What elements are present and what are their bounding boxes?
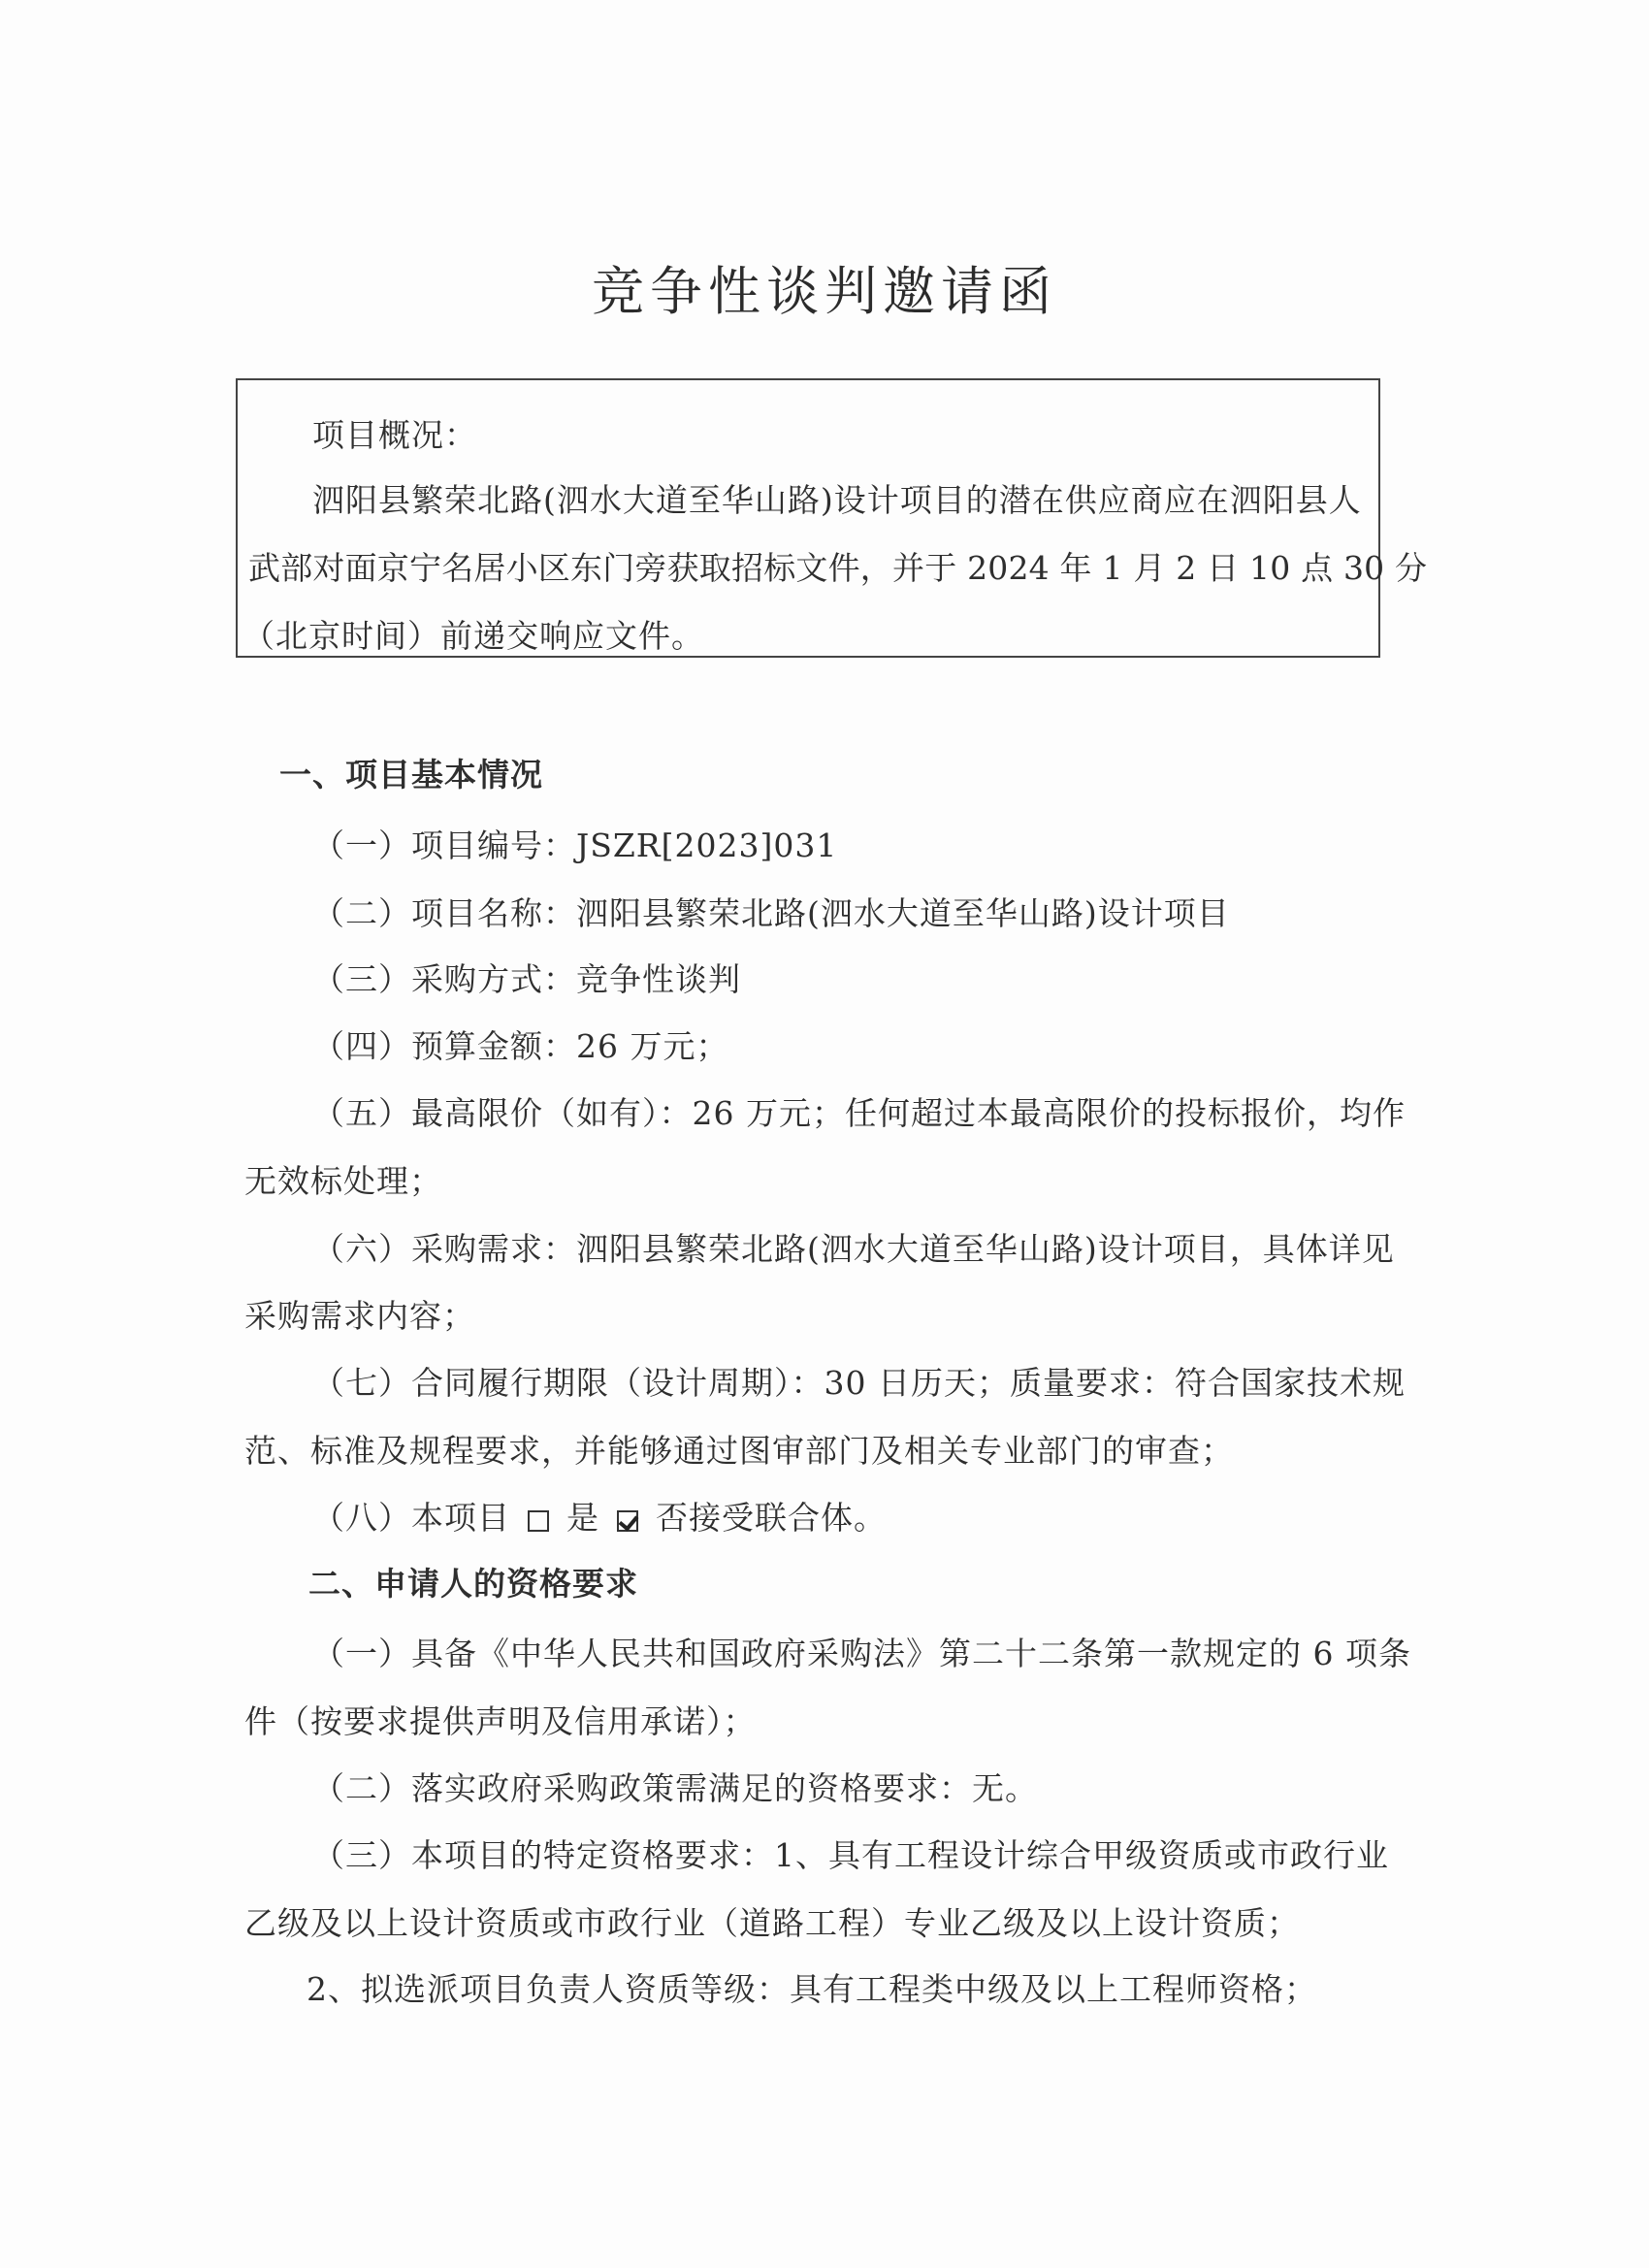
qualification-1-line-1: （一）具备《中华人民共和国政府采购法》第二十二条第一款规定的 6 项条 bbox=[312, 1629, 1411, 1674]
item-project-name: （二）项目名称：泗阳县繁荣北路(泗水大道至华山路)设计项目 bbox=[312, 889, 1230, 934]
qualification-2: （二）落实政府采购政策需满足的资格要求：无。 bbox=[312, 1764, 1038, 1809]
qualification-3-item-2: 2、拟选派项目负责人资质等级：具有工程类中级及以上工程师资格； bbox=[307, 1964, 1317, 2010]
item-procurement-method: （三）采购方式：竞争性谈判 bbox=[312, 955, 741, 1000]
item-contract-period-line-2: 范、标准及规程要求，并能够通过图审部门及相关专业部门的审查； bbox=[244, 1426, 1234, 1472]
overview-heading: 项目概况： bbox=[312, 410, 477, 456]
consortium-yes-label: 是 bbox=[566, 1499, 599, 1537]
item-max-price-line-1: （五）最高限价（如有）：26 万元；任何超过本最高限价的投标报价，均作 bbox=[312, 1088, 1406, 1134]
item-budget: （四）预算金额：26 万元； bbox=[312, 1021, 728, 1067]
item-contract-period-line-1: （七）合同履行期限（设计周期）：30 日历天；质量要求：符合国家技术规 bbox=[312, 1358, 1406, 1404]
document-page: 竞争性谈判邀请函 项目概况： 泗阳县繁荣北路(泗水大道至华山路)设计项目的潜在供… bbox=[0, 0, 1649, 2268]
qualification-3-line-1: （三）本项目的特定资格要求：1、具有工程设计综合甲级资质或市政行业 bbox=[312, 1831, 1389, 1876]
item-max-price-line-2: 无效标处理； bbox=[244, 1156, 442, 1202]
consortium-no-checkbox[interactable] bbox=[617, 1510, 638, 1532]
section-1-heading: 一、项目基本情况 bbox=[279, 750, 543, 795]
document-title: 竞争性谈判邀请函 bbox=[0, 250, 1649, 325]
consortium-yes-checkbox[interactable] bbox=[528, 1510, 549, 1532]
overview-line-3: （北京时间）前递交响应文件。 bbox=[242, 611, 704, 657]
item-requirements-line-1: （六）采购需求：泗阳县繁荣北路(泗水大道至华山路)设计项目，具体详见 bbox=[312, 1224, 1395, 1270]
overview-line-1: 泗阳县繁荣北路(泗水大道至华山路)设计项目的潜在供应商应在泗阳县人 bbox=[312, 475, 1362, 521]
qualification-3-line-2: 乙级及以上设计资质或市政行业（道路工程）专业乙级及以上设计资质； bbox=[244, 1898, 1300, 1944]
consortium-no-label: 否接受联合体。 bbox=[656, 1499, 887, 1537]
item-consortium: （八）本项目是否接受联合体。 bbox=[312, 1493, 887, 1539]
overview-line-2: 武部对面京宁名居小区东门旁获取招标文件，并于 2024 年 1 月 2 日 10… bbox=[248, 543, 1427, 589]
section-2-heading: 二、申请人的资格要求 bbox=[308, 1559, 638, 1604]
item-project-number: （一）项目编号：JSZR[2023]031 bbox=[312, 821, 837, 866]
item-consortium-prefix: （八）本项目 bbox=[312, 1499, 510, 1537]
item-requirements-line-2: 采购需求内容； bbox=[244, 1291, 475, 1337]
qualification-1-line-2: 件（按要求提供声明及信用承诺）； bbox=[244, 1697, 757, 1742]
